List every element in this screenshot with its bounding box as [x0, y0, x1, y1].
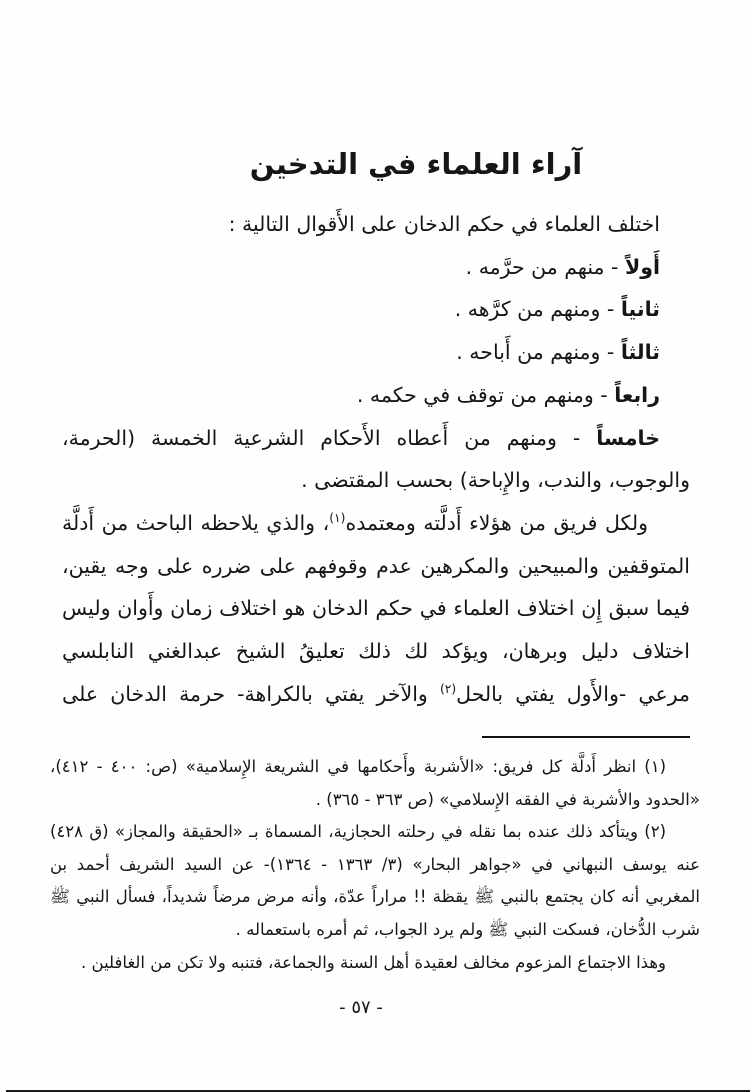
- footnote-2-line-5: وهذا الاجتماع المزعوم مخالف لعقيدة أهل ا…: [50, 947, 700, 980]
- footnote-separator: [482, 736, 690, 738]
- footnote-ref-1: (١): [329, 511, 345, 525]
- paragraph-line-5: مرعي -والأَول يفتي بالحل(٢) والآخر يفتي …: [62, 673, 690, 716]
- footnote-2-line-4: شرب الدُّخان، فسكت النبي ﷺ ولم يرد الجوا…: [50, 914, 700, 947]
- opinion-ordinal: ثانياً: [621, 297, 660, 321]
- paragraph-line-1: ولكل فريق من هؤلاء أَدلَّته ومعتمده(١)، …: [62, 502, 690, 545]
- page-title: آراء العلماء في التدخين: [80, 147, 752, 181]
- footnote-2-line-2: عنه يوسف النبهاني في «جواهر البحار» (٣/ …: [50, 849, 700, 882]
- paragraph-text: ولكل فريق من هؤلاء أَدلَّته ومعتمده: [345, 511, 648, 535]
- footnote-2-line-3: المغربي أنه كان يجتمع بالنبي ﷺ يقظة !! م…: [50, 881, 700, 914]
- paragraph-line-3: فيما سبق إِن اختلاف العلماء في حكم الدخا…: [62, 587, 690, 630]
- opinion-ordinal: أَولاً: [625, 255, 660, 279]
- paragraph-line-2: المتوقفين والمبيحين والمكرهين عدم وقوفهم…: [62, 545, 690, 588]
- opinion-item-2: ثانياً - ومنهم من كرَّهه .: [62, 288, 690, 331]
- opinion-ordinal: خامساً: [596, 426, 660, 450]
- book-page: آراء العلماء في التدخين اختلف العلماء في…: [0, 0, 752, 1092]
- intro-line: اختلف العلماء في حكم الدخان على الأَقوال…: [62, 203, 690, 246]
- opinion-ordinal: ثالثاً: [621, 340, 660, 364]
- opinion-item-4: رابعاً - ومنهم من توقف في حكمه .: [62, 374, 690, 417]
- opinion-text: - منهم من حرَّمه .: [466, 255, 625, 279]
- opinion-text: - ومنهم من توقف في حكمه .: [357, 383, 614, 407]
- opinion-ordinal: رابعاً: [614, 383, 660, 407]
- paragraph-line-4: اختلاف دليل وبرهان، ويؤكد لك ذلك تعليقُ …: [62, 630, 690, 673]
- footnote-1-line-2: «الحدود والأشربة في الفقه الإِسلامي» (ص …: [50, 784, 700, 817]
- opinion-item-1: أَولاً - منهم من حرَّمه .: [62, 246, 690, 289]
- opinion-item-5-continuation: والوجوب، والندب، والإِباحة) بحسب المقتضى…: [62, 459, 690, 502]
- opinion-text: - ومنهم من كرَّهه .: [455, 297, 621, 321]
- opinion-item-5: خامساً - ومنهم من أَعطاه الأَحكام الشرعي…: [62, 417, 690, 460]
- paragraph-text: ، والذي يلاحظه الباحث من أَدلَّة: [62, 511, 329, 535]
- footnotes-block: (١) انظر أَدلَّة كل فريق: «الأشربة وأَحك…: [50, 751, 700, 979]
- body-text: اختلف العلماء في حكم الدخان على الأَقوال…: [62, 203, 690, 715]
- opinion-item-3: ثالثاً - ومنهم من أَباحه .: [62, 331, 690, 374]
- footnote-1-line-1: (١) انظر أَدلَّة كل فريق: «الأشربة وأَحك…: [50, 751, 700, 784]
- footnote-2-line-1: (٢) ويتأكد ذلك عنده بما نقله في رحلته ال…: [50, 816, 700, 849]
- page-number: - ٥٧ -: [0, 997, 722, 1018]
- paragraph-text: مرعي -والأَول يفتي بالحل: [456, 682, 690, 706]
- footnote-ref-2: (٢): [440, 682, 456, 696]
- opinion-text: - ومنهم من أَباحه .: [456, 340, 621, 364]
